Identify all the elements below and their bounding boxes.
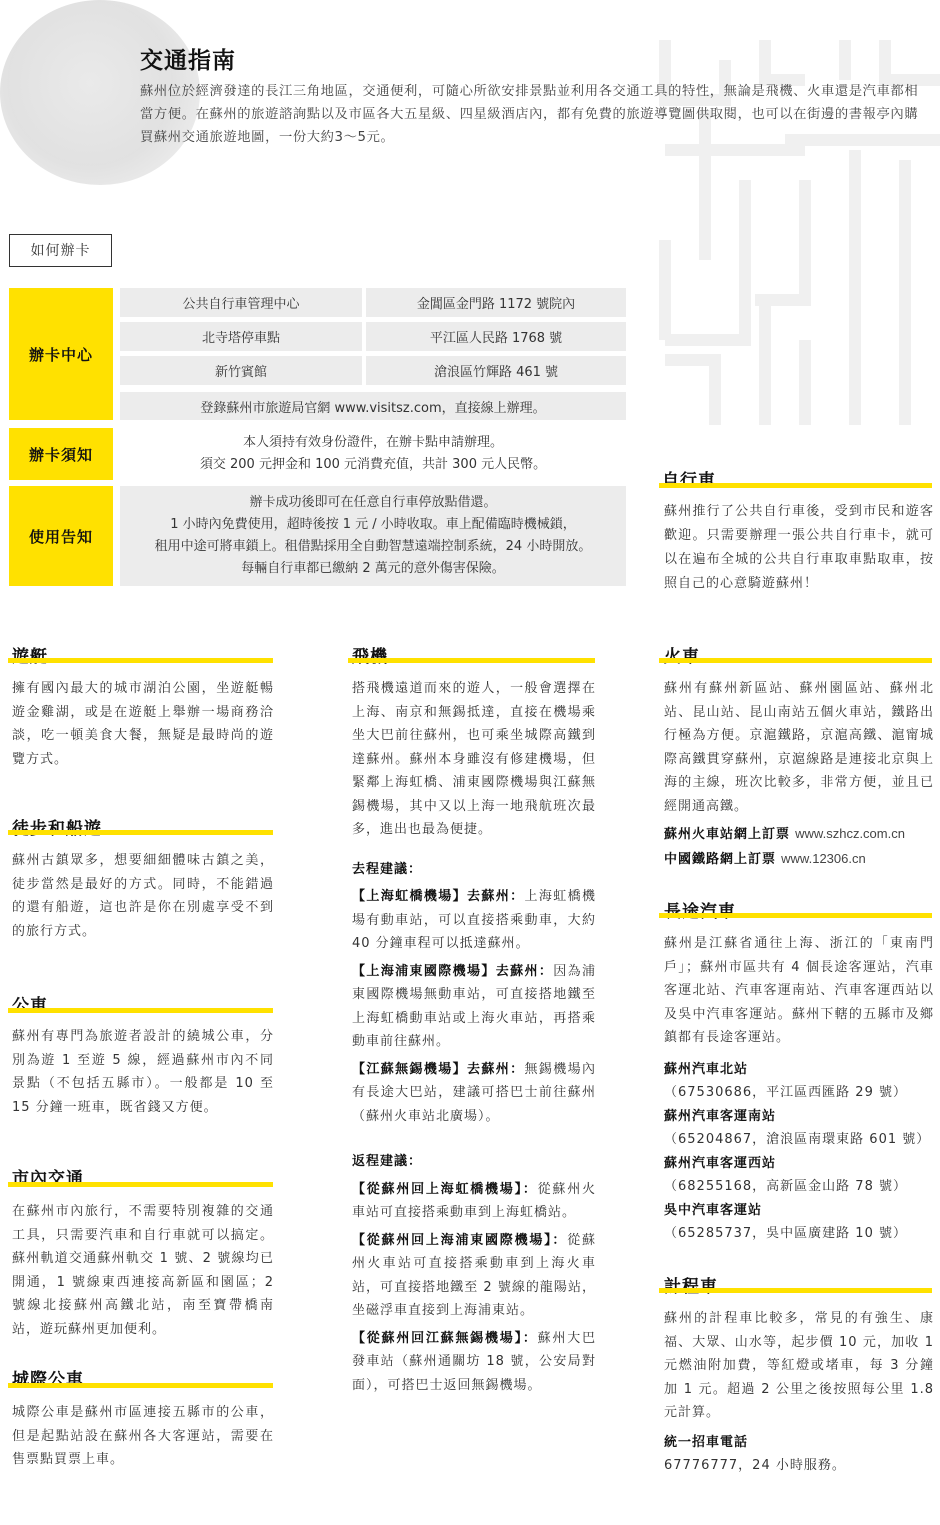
return-item: 【從蘇州回上海浦東國際機場】：從蘇州火車站可直接搭乘動車到上海火車站，可直接搭地… <box>352 1229 596 1323</box>
station-info: （65285737，吳中區廣建路 10 號） <box>664 1222 934 1246</box>
usage-notice-cell: 辦卡成功後即可在任意自行車停放點借還。 1 小時內免費使用，超時後按 1 元 /… <box>120 486 626 586</box>
notice-line: 須交 200 元押金和 100 元消費充值，共計 300 元人民幣。 <box>200 454 546 476</box>
return-item-label: 【從蘇州回上海浦東國際機場】： <box>352 1233 567 1248</box>
walking-text: 蘇州古鎮眾多，想要細細體味古鎮之美，徒步當然是最好的方式。同時，不能錯過的還有船… <box>12 849 274 943</box>
outbound-item-label: 【江蘇無錫機場】去蘇州： <box>352 1062 524 1077</box>
city-transport-text: 在蘇州市內旅行，不需要特別複雜的交通工具，只需要汽車和自行車就可以搞定。蘇州軌道… <box>12 1200 274 1341</box>
outbound-heading: 去程建議： <box>352 858 596 882</box>
center-address-cell: 平江區人民路 1768 號 <box>366 322 626 351</box>
yacht-text: 擁有國內最大的城市湖泊公園，坐遊艇暢遊金雞湖，或是在遊艇上舉辦一場商務洽談，吃一… <box>12 677 274 771</box>
center-address-cell: 金閶區金門路 1172 號院內 <box>366 288 626 317</box>
outbound-item: 【上海虹橋機場】去蘇州：上海虹橋機場有動車站，可以直接搭乘動車，大約 40 分鐘… <box>352 885 596 956</box>
return-item: 【從蘇州回上海虹橋機場】：從蘇州火車站可直接搭乘動車到上海虹橋站。 <box>352 1178 596 1225</box>
coach-text: 蘇州是江蘇省通往上海、浙江的「東南門戶」；蘇州市區共有 4 個長途客運站，汽車客… <box>664 932 934 1050</box>
title-underline <box>8 1008 273 1013</box>
usage-line: 租用中途可將車鎖上。租借點採用全自動智慧遠端控制系統，24 小時開放。 <box>155 536 592 558</box>
station-info: （68255168，高新區金山路 78 號） <box>664 1175 934 1199</box>
card-center-label: 辦卡中心 <box>9 288 113 420</box>
train-link-row: 中國鐵路網上訂票 www.12306.cn <box>664 847 934 872</box>
card-notice-cell: 本人須持有效身份證件，在辦卡點申請辦理。 須交 200 元押金和 100 元消費… <box>120 428 626 480</box>
center-name-cell: 公共自行車管理中心 <box>120 288 362 317</box>
station-name: 蘇州汽車客運西站 <box>664 1152 934 1176</box>
usage-notice-label: 使用告知 <box>9 486 113 586</box>
train-booking-link[interactable]: www.szhcz.com.cn <box>795 826 905 841</box>
station-info: （65204867，滄浪區南環東路 601 號） <box>664 1128 934 1152</box>
title-underline <box>659 913 932 918</box>
usage-line: 辦卡成功後即可在任意自行車停放點借還。 <box>249 492 496 514</box>
title-underline <box>659 658 932 663</box>
title-underline <box>8 1182 273 1187</box>
outbound-item: 【上海浦東國際機場】去蘇州：因為浦東國際機場無動車站，可直接搭地鐵至上海虹橋動車… <box>352 960 596 1054</box>
taxi-text: 蘇州的計程車比較多，常見的有強生、康福、大眾、山水等，起步價 10 元，加收 1… <box>664 1307 934 1425</box>
notice-line: 本人須持有效身份證件，在辦卡點申請辦理。 <box>243 432 503 454</box>
outbound-item-label: 【上海虹橋機場】去蘇州： <box>352 889 524 904</box>
train-column: 蘇州有蘇州新區站、蘇州園區站、蘇州北站、昆山站、昆山南站五個火車站，鐵路出行極為… <box>664 677 934 871</box>
outbound-item: 【江蘇無錫機場】去蘇州：無錫機場內有長途大巴站，建議可搭巴士前往蘇州（蘇州火車站… <box>352 1058 596 1129</box>
online-apply-cell: 登錄蘇州市旅遊局官網 www.visitsz.com，直接線上辦理。 <box>120 392 626 420</box>
title-underline <box>659 483 932 488</box>
title-underline <box>659 1288 932 1293</box>
bicycle-text: 蘇州推行了公共自行車後，受到市民和遊客歡迎。只需要辦理一張公共自行車卡，就可以在… <box>664 500 934 596</box>
usage-line: 每輛自行車都已繳納 2 萬元的意外傷害保險。 <box>241 558 505 580</box>
plane-column: 搭飛機遠道而來的遊人，一般會選擇在上海、南京和無錫抵達，直接在機場乘坐大巴前往蘇… <box>352 677 596 1401</box>
intercity-bus-text: 城際公車是蘇州市區連接五縣市的公車，但是起點站設在蘇州各大客運站，需要在售票點買… <box>12 1401 274 1472</box>
center-address-cell: 滄浪區竹輝路 461 號 <box>366 356 626 385</box>
station-name: 蘇州汽車客運南站 <box>664 1105 934 1129</box>
return-item: 【從蘇州回江蘇無錫機場】：蘇州大巴發車站（蘇州通關坊 18 號，公安局對面），可… <box>352 1327 596 1398</box>
bus-text: 蘇州有專門為旅遊者設計的繞城公車，分別為遊 1 至遊 5 線，經過蘇州市內不同景… <box>12 1025 274 1119</box>
title-underline <box>8 1383 273 1388</box>
train-text: 蘇州有蘇州新區站、蘇州園區站、蘇州北站、昆山站、昆山南站五個火車站，鐵路出行極為… <box>664 677 934 818</box>
card-notice-label: 辦卡須知 <box>9 428 113 480</box>
title-underline <box>8 830 273 835</box>
how-to-apply-label: 如何辦卡 <box>9 234 112 267</box>
taxi-column: 蘇州的計程車比較多，常見的有強生、康福、大眾、山水等，起步價 10 元，加收 1… <box>664 1307 934 1478</box>
page-header: 交通指南 <box>134 42 242 75</box>
station-info: （67530686，平江區西匯路 29 號） <box>664 1081 934 1105</box>
train-link-row: 蘇州火車站網上訂票 www.szhcz.com.cn <box>664 822 934 847</box>
title-underline <box>348 658 595 663</box>
return-heading: 返程建議： <box>352 1150 596 1174</box>
center-name-cell: 新竹賓館 <box>120 356 362 385</box>
outbound-item-label: 【上海浦東國際機場】去蘇州： <box>352 964 553 979</box>
return-item-label: 【從蘇州回江蘇無錫機場】： <box>352 1331 538 1346</box>
taxi-hotline: 67776777，24 小時服務。 <box>664 1454 934 1478</box>
usage-line: 1 小時內免費使用，超時後按 1 元 / 小時收取。車上配備臨時機械鎖， <box>170 514 576 536</box>
station-name: 吳中汽車客運站 <box>664 1199 934 1223</box>
center-name-cell: 北寺塔停車點 <box>120 322 362 351</box>
coach-column: 蘇州是江蘇省通往上海、浙江的「東南門戶」；蘇州市區共有 4 個長途客運站，汽車客… <box>664 932 934 1246</box>
plane-text: 搭飛機遠道而來的遊人，一般會選擇在上海、南京和無錫抵達，直接在機場乘坐大巴前往蘇… <box>352 677 596 842</box>
railway-booking-link[interactable]: www.12306.cn <box>781 851 866 866</box>
taxi-hotline-label: 統一招車電話 <box>664 1431 934 1455</box>
intro-paragraph: 蘇州位於經濟發達的長江三角地區，交通便利，可隨心所欲安排景點並利用各交通工具的特… <box>140 80 920 149</box>
title-underline <box>8 658 273 663</box>
return-item-label: 【從蘇州回上海虹橋機場】： <box>352 1182 538 1197</box>
station-name: 蘇州汽車北站 <box>664 1058 934 1082</box>
page-title: 交通指南 <box>134 42 242 75</box>
